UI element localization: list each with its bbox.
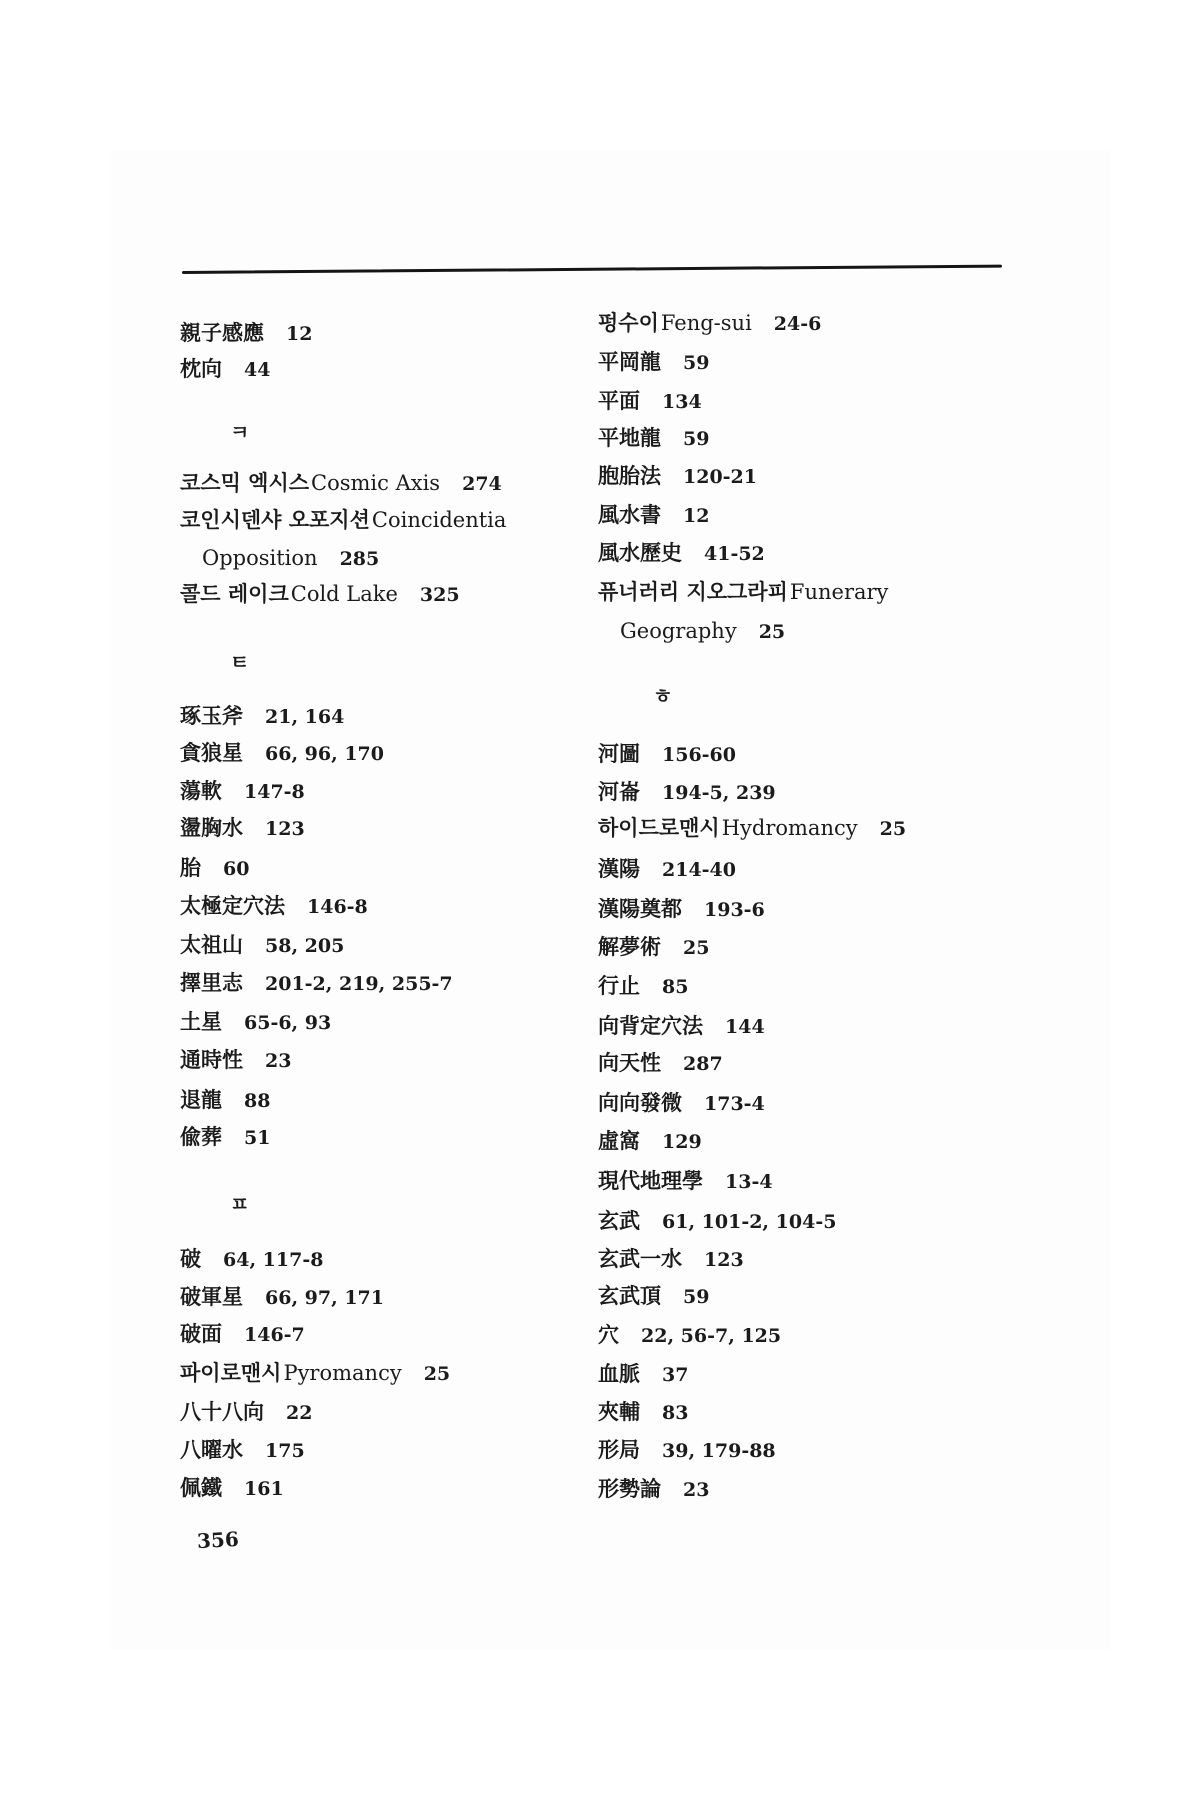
index-term: 파이로맨시 bbox=[180, 1360, 281, 1385]
index-page-refs: 123 bbox=[265, 818, 305, 840]
index-section-heading: ㅍ bbox=[230, 1188, 249, 1217]
index-entry: 破軍星66, 97, 171 bbox=[180, 1284, 384, 1311]
index-page-refs: 120-21 bbox=[683, 466, 757, 488]
index-section-heading: ㅌ bbox=[230, 646, 249, 675]
index-term: 解夢術 bbox=[598, 934, 661, 959]
index-entry: 콜드 레이크Cold Lake325 bbox=[180, 581, 460, 608]
index-term: 平地龍 bbox=[598, 425, 661, 450]
index-term: 漢陽 bbox=[598, 856, 640, 881]
index-term: 펑수이 bbox=[598, 310, 659, 335]
index-term: 코인시덴샤 오포지션 bbox=[180, 507, 370, 532]
index-term: 血脈 bbox=[598, 1361, 640, 1386]
index-term: 하이드로맨시 bbox=[598, 815, 720, 840]
index-page-refs: 161 bbox=[244, 1478, 284, 1500]
index-term: 退龍 bbox=[180, 1087, 222, 1112]
index-entry: 漢陽214-40 bbox=[598, 856, 736, 883]
index-entry-continuation: Opposition285 bbox=[180, 545, 379, 572]
index-page-refs: 25 bbox=[683, 937, 709, 959]
index-term: 破面 bbox=[180, 1321, 222, 1346]
index-page-refs: 156-60 bbox=[662, 744, 736, 766]
index-entry: 河崙194-5, 239 bbox=[598, 779, 776, 806]
index-term-latin: Cold Lake bbox=[291, 582, 398, 606]
index-term: 玄武一水 bbox=[598, 1246, 682, 1271]
index-term: 向天性 bbox=[598, 1050, 661, 1075]
index-page-refs: 146-7 bbox=[244, 1324, 305, 1346]
index-page-refs: 59 bbox=[683, 1286, 709, 1308]
index-entry: 風水書12 bbox=[598, 502, 709, 529]
index-page-refs: 41-52 bbox=[704, 543, 765, 565]
index-page-refs: 64, 117-8 bbox=[223, 1249, 323, 1271]
index-entry: 盪胸水123 bbox=[180, 815, 305, 842]
index-page-refs: 25 bbox=[759, 621, 785, 643]
index-term: 八十八向 bbox=[180, 1399, 264, 1424]
index-page-refs: 22 bbox=[286, 1402, 312, 1424]
index-term: 漢陽奠都 bbox=[598, 896, 682, 921]
index-entry: 風水歷史41-52 bbox=[598, 540, 765, 567]
index-term: 親子感應 bbox=[180, 320, 264, 345]
index-entry: 形勢論23 bbox=[598, 1476, 709, 1503]
index-term: 破軍星 bbox=[180, 1284, 243, 1309]
index-entry: 펑수이Feng-sui24-6 bbox=[598, 310, 821, 337]
index-page-refs: 58, 205 bbox=[265, 935, 344, 957]
index-term: 河圖 bbox=[598, 741, 640, 766]
index-entry: 하이드로맨시Hydromancy25 bbox=[598, 815, 906, 842]
index-term: 퓨너러리 지오그라피 bbox=[598, 579, 788, 604]
index-entry: 退龍88 bbox=[180, 1087, 270, 1114]
index-term: 平面 bbox=[598, 388, 640, 413]
index-entry: 太極定穴法146-8 bbox=[180, 893, 368, 920]
index-entry: 貪狼星66, 96, 170 bbox=[180, 740, 384, 767]
index-page-refs: 66, 96, 170 bbox=[265, 743, 384, 765]
index-page-refs: 59 bbox=[683, 352, 709, 374]
index-entry: 形局39, 179-88 bbox=[598, 1437, 776, 1464]
index-page-refs: 144 bbox=[725, 1016, 765, 1038]
index-term: 擇里志 bbox=[180, 970, 243, 995]
index-page-refs: 193-6 bbox=[704, 899, 765, 921]
index-entry: 偸葬51 bbox=[180, 1124, 270, 1151]
index-term-latin: Geography bbox=[620, 619, 737, 643]
index-entry: 파이로맨시Pyromancy25 bbox=[180, 1360, 450, 1387]
index-entry: 向向發微173-4 bbox=[598, 1090, 765, 1117]
index-term: 夾輔 bbox=[598, 1399, 640, 1424]
index-term: 枕向 bbox=[180, 356, 222, 381]
index-term: 現代地理學 bbox=[598, 1168, 703, 1193]
index-page-refs: 13-4 bbox=[725, 1171, 773, 1193]
index-page-refs: 24-6 bbox=[774, 313, 822, 335]
index-entry: 親子感應12 bbox=[180, 320, 312, 347]
index-entry: 八十八向22 bbox=[180, 1399, 312, 1426]
index-term-latin: Opposition bbox=[202, 546, 318, 570]
index-term: 玄武頂 bbox=[598, 1283, 661, 1308]
index-page-refs: 88 bbox=[244, 1090, 270, 1112]
index-page-refs: 287 bbox=[683, 1053, 723, 1075]
index-entry: 蕩軟147-8 bbox=[180, 778, 305, 805]
index-page-refs: 129 bbox=[662, 1131, 702, 1153]
index-page-refs: 25 bbox=[880, 818, 906, 840]
index-term-latin: Cosmic Axis bbox=[311, 471, 440, 495]
index-term: 偸葬 bbox=[180, 1124, 222, 1149]
index-page-refs: 39, 179-88 bbox=[662, 1440, 776, 1462]
index-entry: 擇里志201-2, 219, 255-7 bbox=[180, 970, 453, 997]
index-term: 胞胎法 bbox=[598, 463, 661, 488]
index-entry: 平面134 bbox=[598, 388, 702, 415]
index-entry: 穴22, 56-7, 125 bbox=[598, 1322, 781, 1349]
page-number: 356 bbox=[196, 1527, 239, 1553]
index-page-refs: 173-4 bbox=[704, 1093, 765, 1115]
index-page-refs: 83 bbox=[662, 1402, 688, 1424]
index-page-refs: 60 bbox=[223, 858, 249, 880]
index-section-heading: ㅎ bbox=[653, 680, 672, 709]
index-entry: 퓨너러리 지오그라피Funerary bbox=[598, 579, 888, 605]
index-entry: 玄武一水123 bbox=[598, 1246, 744, 1273]
index-term-latin: Coincidentia bbox=[372, 508, 507, 532]
index-term: 胎 bbox=[180, 855, 201, 880]
index-entry: 現代地理學13-4 bbox=[598, 1168, 773, 1195]
index-term: 蕩軟 bbox=[180, 778, 222, 803]
index-term: 貪狼星 bbox=[180, 740, 243, 765]
index-term: 形勢論 bbox=[598, 1476, 661, 1501]
index-entry: 玄武61, 101-2, 104-5 bbox=[598, 1208, 836, 1235]
index-page-refs: 59 bbox=[683, 428, 709, 450]
index-entry: 코스믹 엑시스Cosmic Axis274 bbox=[180, 470, 502, 497]
index-term: 河崙 bbox=[598, 779, 640, 804]
index-entry: 平岡龍59 bbox=[598, 349, 709, 376]
index-term: 破 bbox=[180, 1246, 201, 1271]
index-page-refs: 44 bbox=[244, 359, 270, 381]
index-entry: 虛窩129 bbox=[598, 1128, 702, 1155]
index-term: 虛窩 bbox=[598, 1128, 640, 1153]
index-page-refs: 123 bbox=[704, 1249, 744, 1271]
index-page-refs: 214-40 bbox=[662, 859, 736, 881]
index-entry: 漢陽奠都193-6 bbox=[598, 896, 765, 923]
index-term: 風水歷史 bbox=[598, 540, 682, 565]
index-page-refs: 194-5, 239 bbox=[662, 782, 776, 804]
index-term: 通時性 bbox=[180, 1047, 243, 1072]
index-page-refs: 61, 101-2, 104-5 bbox=[662, 1211, 836, 1233]
index-page-refs: 51 bbox=[244, 1127, 270, 1149]
index-term: 太極定穴法 bbox=[180, 893, 285, 918]
index-page-refs: 22, 56-7, 125 bbox=[641, 1325, 781, 1347]
index-entry: 胎60 bbox=[180, 855, 249, 882]
index-term: 平岡龍 bbox=[598, 349, 661, 374]
index-page-refs: 12 bbox=[683, 505, 709, 527]
index-page-refs: 12 bbox=[286, 323, 312, 345]
index-page-refs: 85 bbox=[662, 976, 688, 998]
index-entry-continuation: Geography25 bbox=[598, 618, 785, 645]
index-entry: 코인시덴샤 오포지션Coincidentia bbox=[180, 507, 506, 533]
index-page-refs: 23 bbox=[683, 1479, 709, 1501]
index-page-refs: 65-6, 93 bbox=[244, 1012, 331, 1034]
index-section-heading: ㅋ bbox=[230, 416, 249, 445]
index-page-refs: 21, 164 bbox=[265, 706, 344, 728]
index-term-latin: Pyromancy bbox=[283, 1361, 401, 1385]
index-term: 盪胸水 bbox=[180, 815, 243, 840]
index-term: 土星 bbox=[180, 1009, 222, 1034]
index-term: 太祖山 bbox=[180, 932, 243, 957]
index-page-refs: 175 bbox=[265, 1440, 305, 1462]
index-entry: 通時性23 bbox=[180, 1047, 291, 1074]
index-term: 向向發微 bbox=[598, 1090, 682, 1115]
index-entry: 破面146-7 bbox=[180, 1321, 305, 1348]
index-entry: 八曜水175 bbox=[180, 1437, 305, 1464]
index-entry: 向背定穴法144 bbox=[598, 1013, 765, 1040]
index-entry: 玄武頂59 bbox=[598, 1283, 709, 1310]
index-term: 콜드 레이크 bbox=[180, 581, 289, 606]
index-term: 琢玉斧 bbox=[180, 703, 243, 728]
index-term: 形局 bbox=[598, 1437, 640, 1462]
index-term: 佩鐵 bbox=[180, 1475, 222, 1500]
index-term: 向背定穴法 bbox=[598, 1013, 703, 1038]
index-page-refs: 25 bbox=[424, 1363, 450, 1385]
index-term-latin: Hydromancy bbox=[722, 816, 858, 840]
index-term: 코스믹 엑시스 bbox=[180, 470, 309, 495]
index-page-refs: 285 bbox=[340, 548, 380, 570]
index-entry: 血脈37 bbox=[598, 1361, 688, 1388]
index-entry: 破64, 117-8 bbox=[180, 1246, 323, 1273]
index-page-refs: 37 bbox=[662, 1364, 688, 1386]
index-entry: 枕向44 bbox=[180, 356, 270, 383]
index-page-refs: 66, 97, 171 bbox=[265, 1287, 384, 1309]
index-term-latin: Funerary bbox=[790, 580, 889, 604]
index-page-refs: 146-8 bbox=[307, 896, 368, 918]
index-term: 行止 bbox=[598, 973, 640, 998]
index-term: 穴 bbox=[598, 1322, 619, 1347]
index-entry: 向天性287 bbox=[598, 1050, 723, 1077]
index-term: 八曜水 bbox=[180, 1437, 243, 1462]
index-entry: 平地龍59 bbox=[598, 425, 709, 452]
index-page-refs: 147-8 bbox=[244, 781, 305, 803]
index-entry: 行止85 bbox=[598, 973, 688, 1000]
index-entry: 解夢術25 bbox=[598, 934, 709, 961]
index-page-refs: 201-2, 219, 255-7 bbox=[265, 973, 453, 995]
index-page-refs: 23 bbox=[265, 1050, 291, 1072]
index-page-refs: 134 bbox=[662, 391, 702, 413]
index-term: 玄武 bbox=[598, 1208, 640, 1233]
index-entry: 胞胎法120-21 bbox=[598, 463, 757, 490]
index-page-refs: 325 bbox=[420, 584, 460, 606]
index-page-refs: 274 bbox=[462, 473, 502, 495]
index-entry: 夾輔83 bbox=[598, 1399, 688, 1426]
index-entry: 土星65-6, 93 bbox=[180, 1009, 331, 1036]
index-term: 風水書 bbox=[598, 502, 661, 527]
index-entry: 太祖山58, 205 bbox=[180, 932, 344, 959]
index-entry: 佩鐵161 bbox=[180, 1475, 284, 1502]
index-term-latin: Feng-sui bbox=[661, 311, 752, 335]
index-entry: 河圖156-60 bbox=[598, 741, 736, 768]
index-entry: 琢玉斧21, 164 bbox=[180, 703, 344, 730]
